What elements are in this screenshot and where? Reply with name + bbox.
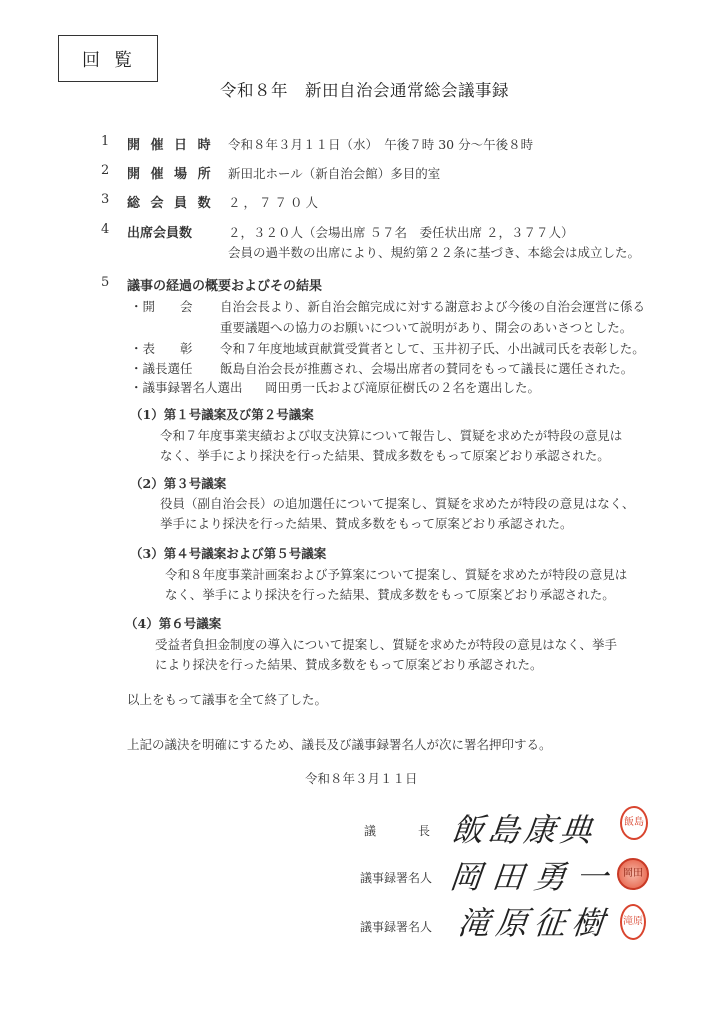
item-number: 3 [101,192,109,207]
bullet-label: ・議事録署名人選出 [130,378,243,396]
agenda-heading: （1）第１号議案及び第２号議案 [130,405,314,423]
section-heading: 議事の経過の概要およびその結果 [127,275,322,294]
bullet-label: ・開 会 [130,297,193,315]
handwritten-signature: 岡田勇一 [448,852,621,898]
item-label: 開 催 日 時 [127,134,214,153]
bullet-text: 重要議題への協力のお願いについて説明があり、開会のあいさつとした。 [220,318,632,336]
signature-role: 議事録署名人 [360,869,432,886]
circulation-stamp: 回覧 [58,35,158,82]
item-number: 1 [101,134,109,149]
item-number: 2 [101,163,109,178]
item-label: 出席会員数 [127,222,192,241]
closing-line-2: 上記の議決を明確にするため、議長及び議事録署名人が次に署名押印する。 [127,735,552,753]
section-number: 5 [101,275,109,290]
bullet-text: 飯島自治会長が推薦され、会場出席者の賛同をもって議長に選任された。 [220,359,633,377]
agenda-text: 令和７年度事業実績および収支決算について報告し、質疑を求めたが特段の意見は [160,426,622,444]
item-note: 会員の過半数の出席により、規約第２２条に基づき、本総会は成立した。 [228,243,640,261]
closing-line-1: 以上をもって議事を全て終了した。 [127,690,327,708]
agenda-heading: （4）第６号議案 [125,614,221,632]
agenda-text: 役員（副自治会長）の追加選任について提案し、質疑を求めたが特段の意見はなく、 [160,494,635,512]
agenda-text: 挙手により採決を行った結果、賛成多数をもって原案どおり承認された。 [160,514,573,532]
signature-role: 議 長 [364,822,436,839]
bullet-text: 自治会長より、新自治会館完成に対する謝意および今後の自治会運営に係る [220,297,645,315]
agenda-text: なく、挙手により採決を行った結果、賛成多数をもって原案どおり承認された。 [160,446,610,464]
item-label: 総 会 員 数 [127,192,214,211]
bullet-text: 令和７年度地域貢献賞受賞者として、玉井初子氏、小出誠司氏を表彰した。 [220,339,645,357]
signature-role: 議事録署名人 [360,918,432,935]
item-label: 開 催 場 所 [127,163,214,182]
item-number: 4 [101,222,109,237]
item-value: ２，３２０人（会場出席 ５７名 委任状出席 ２，３７７人） [228,223,573,241]
seal-stamp: 飯島 [620,806,648,840]
document-title: 令和８年 新田自治会通常総会議事録 [220,77,509,101]
item-value: 令和８年３月１１日（水） 午後７時 30 分～午後８時 [228,135,533,153]
seal-stamp: 滝原 [620,904,646,940]
item-value: ２，７７０人 [228,193,321,211]
agenda-heading: （3）第４号議案および第５号議案 [130,544,326,562]
handwritten-signature: 滝原征樹 [456,898,613,944]
agenda-text: 受益者負担金制度の導入について提案し、質疑を求めたが特段の意見はなく、挙手 [155,635,617,653]
agenda-text: により採決を行った結果、賛成多数をもって原案どおり承認された。 [155,655,543,673]
agenda-text: なく、挙手により採決を行った結果、賛成多数をもって原案どおり承認された。 [165,585,615,603]
bullet-text: 岡田勇一氏および滝原征樹氏の２名を選出した。 [265,378,540,396]
agenda-text: 令和８年度事業計画案および予算案について提案し、質疑を求めたが特段の意見は [165,565,627,583]
closing-date: 令和８年３月１１日 [305,769,418,787]
agenda-heading: （2）第３号議案 [130,474,226,492]
bullet-label: ・議長選任 [130,359,193,377]
handwritten-signature: 飯島康典 [450,805,599,851]
bullet-label: ・表 彰 [130,339,193,357]
seal-stamp: 岡田 [617,858,649,890]
item-value: 新田北ホール（新自治会館）多目的室 [228,164,440,182]
